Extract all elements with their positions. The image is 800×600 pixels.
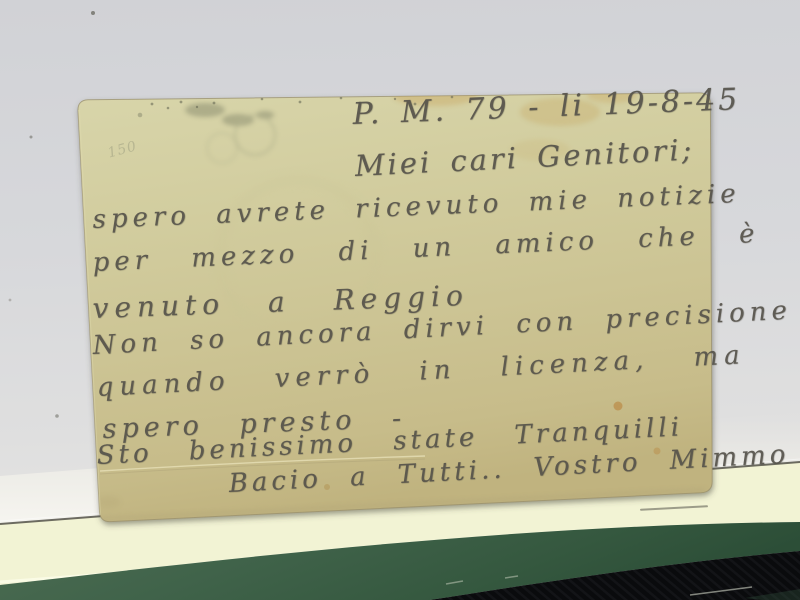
- backdrop-specks: [9, 11, 95, 418]
- photo-scene: P. M. 79 - li 19-8-45 Miei cari Genitori…: [0, 0, 800, 600]
